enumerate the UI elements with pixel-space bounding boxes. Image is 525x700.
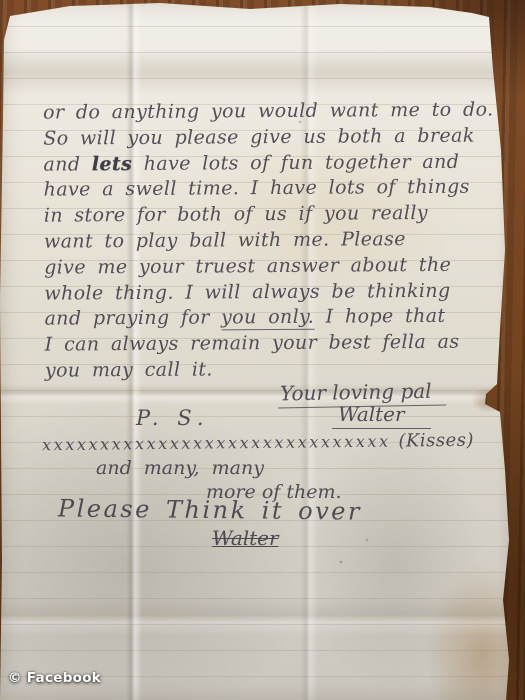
postscript-signature: Walter: [212, 526, 279, 550]
closing-signature: Walter: [332, 402, 431, 429]
kisses-word: (Kisses): [398, 430, 474, 452]
overwritten-word: lets: [92, 153, 133, 175]
kisses-x-marks: xxxxxxxxxxxxxxxxxxxxxxxxxxxxxx: [42, 432, 391, 455]
postscript-label: P. S.: [136, 406, 210, 430]
final-plea-line: Please Think it over: [58, 494, 362, 525]
letter-line-segment: have lots of fun together and: [132, 150, 459, 174]
letter-paper: or do anything you would want me to do. …: [0, 0, 525, 700]
letter-line: and lets have lots of fun together and: [43, 149, 509, 178]
signature-walter: Walter: [332, 402, 431, 429]
letter-line: or do anything you would want me to do.: [43, 97, 509, 126]
photo-of-handwritten-letter: or do anything you would want me to do. …: [0, 0, 525, 700]
kisses-line: xxxxxxxxxxxxxxxxxxxxxxxxxxxxxx (Kisses): [42, 430, 474, 456]
letter-line: I can always remain your best fella as: [45, 330, 511, 359]
letter-line-segment: and: [43, 153, 92, 175]
letter-line: and praying for you only. I hope that: [44, 304, 510, 333]
letter-body: or do anything you would want me to do. …: [43, 97, 511, 384]
letter-line: in store for both of us if you really: [44, 201, 510, 230]
letter-line: whole thing. I will always be thinking: [44, 278, 510, 307]
facebook-credit: © Facebook: [8, 670, 101, 686]
letter-line-segment: I hope that: [314, 305, 445, 328]
letter-line-segment: and praying for: [44, 307, 221, 330]
letter-line: want to play ball with me. Please: [44, 226, 510, 255]
letter-line: have a swell time. I have lots of things: [44, 175, 510, 204]
letter-line: So will you please give us both a break: [43, 123, 509, 152]
postscript-line: and many, many: [96, 457, 264, 479]
underlined-phrase: you only.: [221, 306, 314, 331]
letter-line: give me your truest answer about the: [44, 252, 510, 281]
